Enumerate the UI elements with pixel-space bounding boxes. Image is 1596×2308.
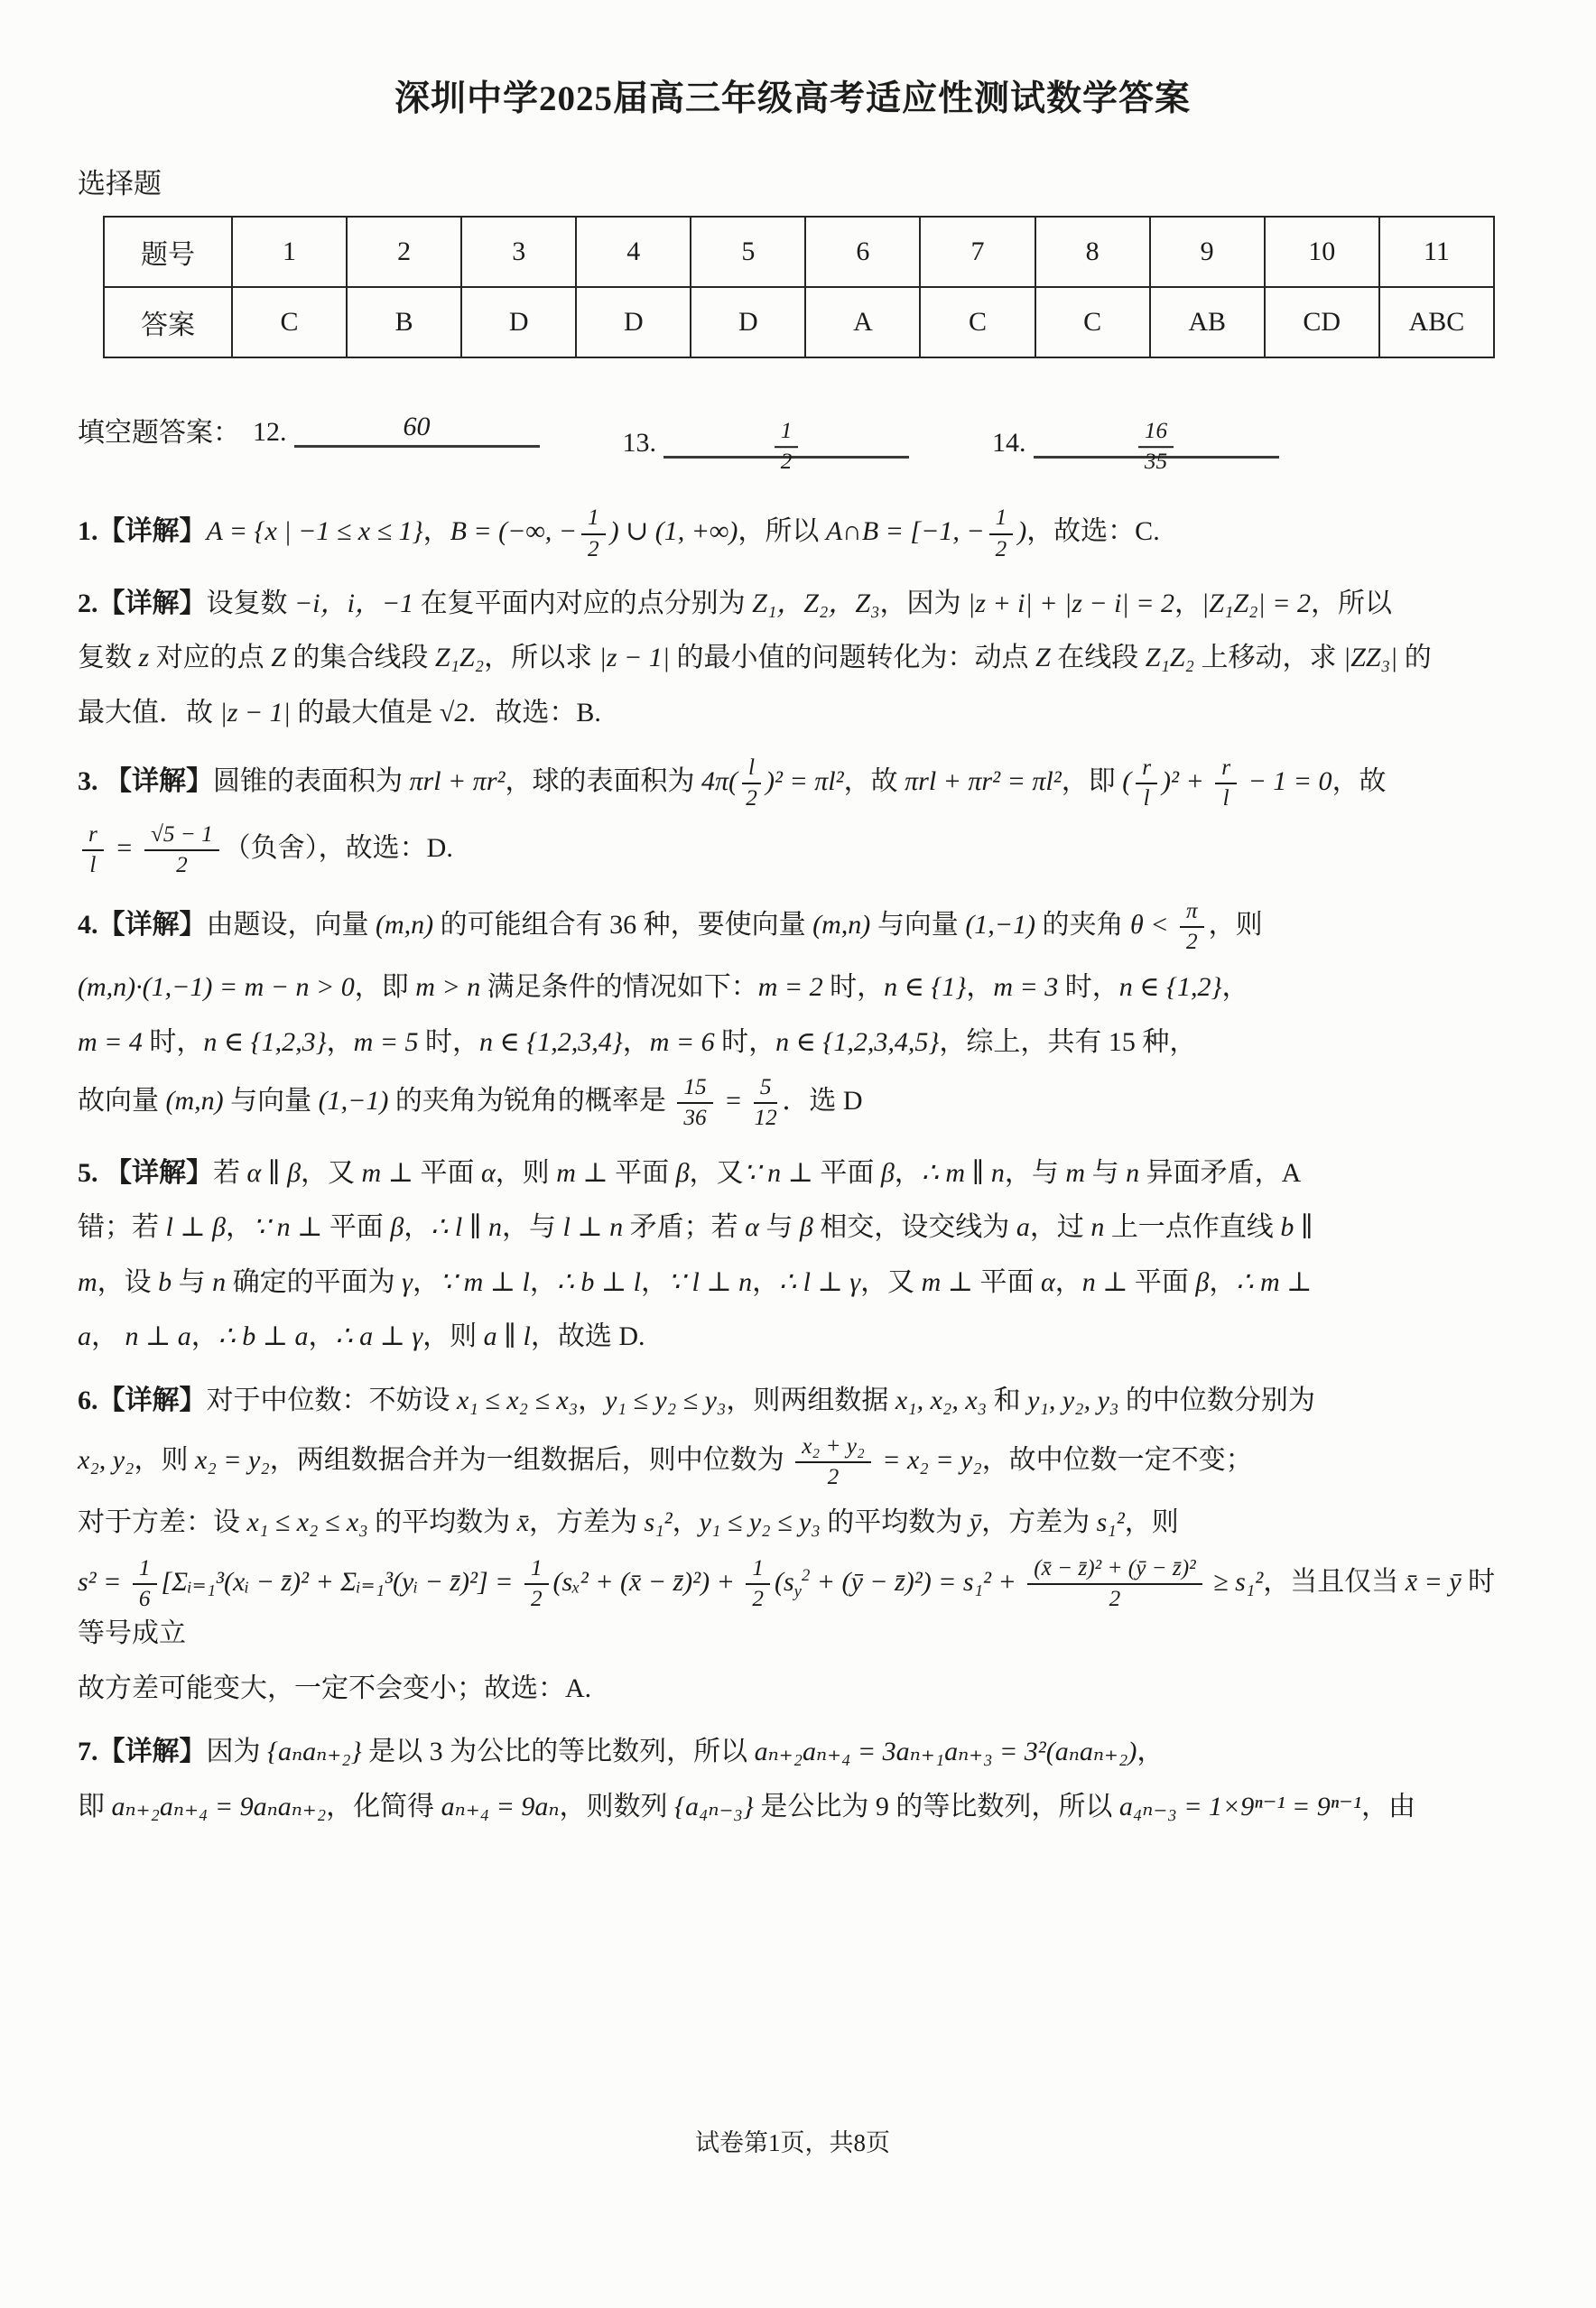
fraction-numerator: 15 xyxy=(677,1075,712,1104)
math-run: ∴ m ⊥ xyxy=(1236,1267,1312,1297)
fraction-denominator: 2 xyxy=(996,535,1007,562)
solution-line: 故方差可能变大，一定不会变小；故选：A. xyxy=(78,1667,1509,1711)
solution-label: 1.【详解】 xyxy=(78,517,207,547)
math-run: ) ∪ (1, +∞) xyxy=(610,517,738,547)
math-run: m = 3 xyxy=(993,972,1058,1002)
text-run: 是公比为 9 的等比数列，所以 xyxy=(754,1792,1119,1821)
text-run: 上移动，求 xyxy=(1194,643,1343,672)
math-run: B = (−∞, − xyxy=(450,517,577,547)
math-run: Z xyxy=(1035,643,1051,672)
text-run: ， xyxy=(1055,1267,1082,1297)
text-run: ， xyxy=(1209,1267,1236,1297)
question-number-cell: 2 xyxy=(347,217,461,287)
question-number-cell: 6 xyxy=(805,217,920,287)
math-run: β xyxy=(800,1212,813,1242)
fraction-numerator: 1 xyxy=(989,505,1014,534)
solution-line: m = 4 时，n ∈ {1,2,3}，m = 5 时，n ∈ {1,2,3,4… xyxy=(78,1021,1509,1065)
text-run: ， xyxy=(752,1267,779,1297)
solution-label: 7.【详解】 xyxy=(78,1737,207,1766)
math-run: y₁ ≤ y₂ ≤ y₃ xyxy=(700,1507,821,1537)
text-run: 时， xyxy=(419,1027,480,1057)
solution-label: 3. 【详解】 xyxy=(78,766,213,796)
math-run: a xyxy=(78,1321,91,1351)
solution-line: 5. 【详解】若 α ∥ β，又 m ⊥ 平面 α，则 m ⊥ 平面 β，又∵ … xyxy=(78,1152,1509,1196)
solution-3: 3. 【详解】圆锥的表面积为 πrl + πr²，球的表面积为 4π(l2)² … xyxy=(78,755,1509,879)
math-run: m ⊥ xyxy=(362,1158,413,1188)
text-run: 对于中位数：不妨设 xyxy=(207,1386,458,1415)
math-run: Z₁，Z₂，Z₃ xyxy=(752,589,879,618)
text-run: 的夹角为锐角的概率是 xyxy=(388,1086,673,1116)
math-run: x₁ ≤ x₂ ≤ x₃ xyxy=(247,1507,368,1537)
text-run: 与 xyxy=(1085,1158,1126,1188)
text-run: ，故选 D. xyxy=(531,1321,645,1351)
fraction-denominator: 6 xyxy=(139,1585,151,1612)
text-run: 确定的平面为 xyxy=(226,1267,402,1297)
solution-label: 4.【详解】 xyxy=(78,910,207,940)
solution-line: rl = √5 − 12（负舍），故选：D. xyxy=(78,822,1509,878)
text-run: 时， xyxy=(1058,972,1119,1002)
text-run: ， xyxy=(895,1158,922,1188)
fraction-denominator: 2 xyxy=(746,784,757,811)
text-run: ， xyxy=(966,972,993,1002)
fill-blank-number: 14. xyxy=(992,428,1026,459)
text-run: ，当且仅当 xyxy=(1263,1567,1406,1597)
answer-table-row-numbers: 题号1234567891011 xyxy=(104,217,1494,287)
math-run: s₁² xyxy=(645,1507,673,1537)
text-run: ，又 xyxy=(690,1158,744,1188)
math-run: n ∈ {1,2,3} xyxy=(203,1027,326,1057)
math-run: A = {x | −1 ≤ x ≤ 1} xyxy=(207,517,423,547)
text-run: ，与 xyxy=(502,1212,563,1242)
text-run: ，故选：C. xyxy=(1026,517,1160,547)
text-run: ， xyxy=(1174,589,1202,618)
fraction-numerator: 16 xyxy=(1138,419,1174,448)
fraction: √5 − 12 xyxy=(144,822,219,878)
answer-cell: C xyxy=(1035,287,1150,357)
math-run: m ⊥ xyxy=(556,1158,608,1188)
solution-label: 6.【详解】 xyxy=(78,1386,207,1415)
fraction-numerator: 1 xyxy=(524,1556,549,1585)
math-run: ∴ b ⊥ a xyxy=(218,1321,309,1351)
math-run: (1,−1) xyxy=(319,1086,389,1116)
text-run: 故方差可能变大，一定不会变小；故选：A. xyxy=(78,1673,591,1703)
text-run: 的可能组合有 36 种，要使向量 xyxy=(433,910,812,940)
math-run: z xyxy=(139,643,150,672)
math-run: α xyxy=(481,1158,496,1188)
subscript: y xyxy=(794,1582,802,1601)
text-run: 在复平面内对应的点分别为 xyxy=(413,589,752,618)
math-run: ≥ s₁² xyxy=(1207,1567,1264,1597)
math-run: b ∥ xyxy=(1280,1212,1313,1242)
math-run: Z₁Z₂ xyxy=(435,643,484,672)
text-run: 对于方差：设 xyxy=(78,1507,247,1537)
math-run: n xyxy=(1090,1212,1104,1242)
text-run: 与 xyxy=(759,1212,800,1242)
math-run: 4π( xyxy=(701,766,738,796)
text-run: 的夹角 xyxy=(1035,910,1130,940)
fraction-numerator: 1 xyxy=(133,1556,157,1585)
fill-blank-value: 60 xyxy=(404,412,431,445)
answer-cell: ABC xyxy=(1379,287,1494,357)
text-run: 最大值．故 xyxy=(78,698,220,728)
text-run: 对应的点 xyxy=(149,643,271,672)
math-run: n ∈ {1} xyxy=(884,972,966,1002)
math-run: n xyxy=(1126,1158,1139,1188)
math-run: aₙ₊₂aₙ₊₄ = 9aₙaₙ₊₂ xyxy=(112,1792,327,1821)
fraction-denominator: l xyxy=(1223,784,1229,811)
solution-line: m，设 b 与 n 确定的平面为 γ，∵ m ⊥ l，∴ b ⊥ l，∵ l ⊥… xyxy=(78,1261,1509,1305)
math-run: |z + i| + |z − i| = 2 xyxy=(968,589,1174,618)
math-run: πrl + πr² xyxy=(410,766,506,796)
math-run: √2 xyxy=(440,698,468,728)
math-run: A∩B = [−1, − xyxy=(826,517,985,547)
math-run: θ < xyxy=(1130,910,1175,940)
text-run: 的平均数为 xyxy=(368,1507,517,1537)
solution-line: 错；若 l ⊥ β，∵ n ⊥ 平面 β，∴ l ∥ n，与 l ⊥ n 矛盾；… xyxy=(78,1206,1509,1250)
answer-cell: D xyxy=(461,287,576,357)
math-run: πrl + πr² = πl² xyxy=(905,766,1062,796)
math-run: x₂ = y₂ xyxy=(195,1445,270,1475)
text-run: 上一点作直线 xyxy=(1104,1212,1280,1242)
question-number-cell: 3 xyxy=(461,217,576,287)
text-run: 平面 xyxy=(813,1158,881,1188)
math-run: (m,n) xyxy=(376,910,433,940)
math-run: + (ȳ − z̄)²) = s₁² + xyxy=(810,1567,1023,1597)
text-run: ， xyxy=(1137,1737,1164,1766)
text-run: ，则 xyxy=(1209,910,1263,940)
math-run: ∴ a ⊥ γ xyxy=(336,1321,423,1351)
math-run: ) xyxy=(1017,517,1026,547)
question-number-cell: 1 xyxy=(232,217,347,287)
answer-cell: C xyxy=(232,287,347,357)
math-run: )² + xyxy=(1162,766,1211,796)
math-run: α ∥ β xyxy=(247,1158,302,1188)
math-run: s² = xyxy=(78,1567,128,1597)
text-run: 时， xyxy=(143,1027,204,1057)
text-run: ， xyxy=(91,1321,125,1351)
math-run: |z − 1| xyxy=(599,643,670,672)
text-run: ，又 xyxy=(860,1267,922,1297)
fraction-numerator: l xyxy=(742,755,761,784)
text-run: ，所以 xyxy=(738,517,826,547)
superscript: 2 xyxy=(802,1566,810,1585)
question-number-cell: 8 xyxy=(1035,217,1150,287)
fraction-denominator: 2 xyxy=(828,1463,840,1490)
math-run: (sₓ² + (x̄ − z̄)²) + xyxy=(553,1567,742,1597)
math-run: (m,n) xyxy=(166,1086,224,1116)
text-run: 复数 xyxy=(78,643,139,672)
math-run: Z xyxy=(271,643,286,672)
math-run: β xyxy=(881,1158,895,1188)
text-run: 故向量 xyxy=(78,1086,166,1116)
math-run: )² = πl² xyxy=(766,766,844,796)
math-run: ∴ l ∥ n xyxy=(431,1212,502,1242)
math-run: ∵ n ⊥ xyxy=(744,1158,813,1188)
text-run: ，综上，共有 15 种， xyxy=(939,1027,1196,1057)
text-run: 的 xyxy=(1397,643,1432,672)
fraction-denominator: l xyxy=(1144,784,1150,811)
text-run: ， xyxy=(413,1267,440,1297)
text-run: ，则 xyxy=(422,1321,484,1351)
text-run: ， xyxy=(530,1267,557,1297)
fill-blank-answer: 12 xyxy=(663,400,909,459)
text-run: 错；若 xyxy=(78,1212,166,1242)
text-run: ， xyxy=(623,1027,650,1057)
section-label: 选择题 xyxy=(78,161,1509,201)
text-run: 相交，设交线为 xyxy=(813,1212,1016,1242)
text-run: 时， xyxy=(715,1027,776,1057)
solutions-list: 1.【详解】A = {x | −1 ≤ x ≤ 1}，B = (−∞, −12)… xyxy=(78,505,1509,1849)
text-run: ，故中位数一定不变； xyxy=(982,1445,1253,1475)
answer-cell: C xyxy=(920,287,1035,357)
fraction: rl xyxy=(1215,755,1237,811)
fraction-numerator: x₂ + y₂ xyxy=(795,1434,870,1463)
text-run: 与向量 xyxy=(870,910,965,940)
text-run: 圆锥的表面积为 xyxy=(213,766,410,796)
fill-blanks-row: 填空题答案： 12.6013.1214.1635 xyxy=(78,400,1509,459)
text-run: ，故 xyxy=(844,766,905,796)
page-title: 深圳中学2025届高三年级高考适应性测试数学答案 xyxy=(76,70,1509,121)
math-run: a ∥ l xyxy=(484,1321,531,1351)
fraction-numerator: (x̄ − z̄)² + (ȳ − z̄)² xyxy=(1027,1556,1202,1585)
text-run: 平面 xyxy=(973,1267,1041,1297)
text-run: 的平均数为 xyxy=(821,1507,970,1537)
math-run: b xyxy=(158,1267,172,1297)
fill-blanks-label: 填空题答案： xyxy=(78,410,240,450)
text-run: ，化简得 xyxy=(326,1792,441,1821)
question-number-cell: 5 xyxy=(691,217,805,287)
fraction-numerator: 1 xyxy=(746,1556,770,1585)
solution-line: 4.【详解】由题设，向量 (m,n) 的可能组合有 36 种，要使向量 (m,n… xyxy=(78,899,1509,955)
math-run: Z₁Z₂ xyxy=(1146,643,1194,672)
math-run: ∴ m ∥ n xyxy=(922,1158,1005,1188)
math-run: α xyxy=(745,1212,759,1242)
math-run: l ⊥ β xyxy=(166,1212,227,1242)
fraction: 1635 xyxy=(1138,419,1174,475)
text-run: ， xyxy=(1221,972,1248,1002)
table-label-cell: 答案 xyxy=(104,287,232,357)
table-label-cell: 题号 xyxy=(104,217,232,287)
fraction-denominator: 2 xyxy=(752,1585,764,1612)
exam-answer-page: 深圳中学2025届高三年级高考适应性测试数学答案 选择题 题号123456789… xyxy=(0,0,1596,2308)
solution-line: 3. 【详解】圆锥的表面积为 πrl + πr²，球的表面积为 4π(l2)² … xyxy=(78,755,1509,811)
text-run: 由题设，向量 xyxy=(207,910,376,940)
text-run: 的最大值是 xyxy=(291,698,440,728)
math-run: a₄ₙ₋₃ = 1×9ⁿ⁻¹ = 9ⁿ⁻¹ xyxy=(1119,1792,1361,1821)
math-run: aₙ₊₄ = 9aₙ xyxy=(441,1792,560,1821)
math-run: −i，i，−1 xyxy=(294,589,413,618)
fraction-numerator: r xyxy=(1215,755,1237,784)
text-run: 平面 xyxy=(608,1158,676,1188)
fraction-numerator: 1 xyxy=(581,505,606,534)
math-run: n ⊥ xyxy=(1082,1267,1128,1297)
text-run: ，所以求 xyxy=(484,643,599,672)
math-run: m = 6 xyxy=(650,1027,715,1057)
answer-table-body: 题号1234567891011答案CBDDDACCABCDABC xyxy=(104,217,1494,357)
fraction-numerator: r xyxy=(82,822,104,851)
math-run: {aₙaₙ₊₂} xyxy=(267,1737,362,1766)
math-run: − 1 = 0 xyxy=(1241,766,1332,796)
text-run: ，即 xyxy=(1062,766,1123,796)
solution-line: 2.【详解】设复数 −i，i，−1 在复平面内对应的点分别为 Z₁，Z₂，Z₃，… xyxy=(78,582,1509,626)
math-run: (m,n)·(1,−1) = m − n > 0 xyxy=(78,972,355,1002)
fraction-numerator: π xyxy=(1180,899,1204,928)
math-run: n ⊥ a xyxy=(125,1321,191,1351)
solution-line: 6.【详解】对于中位数：不妨设 x₁ ≤ x₂ ≤ x₃，y₁ ≤ y₂ ≤ y… xyxy=(78,1379,1509,1423)
text-run: ，故 xyxy=(1332,766,1387,796)
text-run: ，所以 xyxy=(1311,589,1392,618)
fill-blank-item: 12.60 xyxy=(253,412,540,448)
math-run: ( xyxy=(1122,766,1131,796)
fraction: (x̄ − z̄)² + (ȳ − z̄)²2 xyxy=(1027,1556,1202,1612)
solution-line: (m,n)·(1,−1) = m − n > 0，即 m > n 满足条件的情况… xyxy=(78,966,1509,1010)
fraction-denominator: l xyxy=(89,851,96,878)
text-run: 与向量 xyxy=(224,1086,319,1116)
math-run: β xyxy=(676,1158,690,1188)
answer-cell: D xyxy=(691,287,805,357)
math-run: m = 2 xyxy=(758,972,823,1002)
question-number-cell: 9 xyxy=(1150,217,1265,287)
text-run: ， xyxy=(309,1321,336,1351)
text-run: 在线段 xyxy=(1051,643,1146,672)
math-run: s₁² xyxy=(1097,1507,1125,1537)
math-run: ∵ m ⊥ l xyxy=(440,1267,530,1297)
math-run: {a₄ₙ₋₃} xyxy=(674,1792,754,1821)
math-run: = x₂ = y₂ xyxy=(876,1445,982,1475)
solution-line: s² = 16[Σᵢ₌₁³(xᵢ − z̄)² + Σᵢ₌₁³(yᵢ − z̄)… xyxy=(78,1556,1509,1656)
question-number-cell: 11 xyxy=(1379,217,1494,287)
answer-cell: D xyxy=(576,287,691,357)
fraction: 12 xyxy=(524,1556,549,1612)
fraction: 12 xyxy=(775,419,799,475)
fraction: 12 xyxy=(746,1556,770,1612)
math-run: y₁ ≤ y₂ ≤ y₃ xyxy=(605,1386,726,1415)
question-number-cell: 7 xyxy=(920,217,1035,287)
text-run: ，方差为 xyxy=(981,1507,1097,1537)
text-run: ，两组数据合并为一组数据后，则中位数为 xyxy=(270,1445,792,1475)
math-run: m = 4 xyxy=(78,1027,143,1057)
math-run: m xyxy=(1065,1158,1085,1188)
fill-blank-item: 14.1635 xyxy=(992,400,1279,459)
text-run: 矛盾；若 xyxy=(623,1212,745,1242)
math-run: α xyxy=(1041,1267,1055,1297)
text-run: 设复数 xyxy=(207,589,295,618)
text-run: ， xyxy=(327,1027,354,1057)
text-run: 满足条件的情况如下： xyxy=(480,972,758,1002)
solution-line: 1.【详解】A = {x | −1 ≤ x ≤ 1}，B = (−∞, −12)… xyxy=(78,505,1509,561)
solution-7: 7.【详解】因为 {aₙaₙ₊₂} 是以 3 为公比的等比数列，所以 aₙ₊₂a… xyxy=(78,1730,1509,1829)
fraction: l2 xyxy=(742,755,761,811)
question-number-cell: 4 xyxy=(576,217,691,287)
fraction-denominator: 12 xyxy=(755,1104,777,1131)
text-run: ，与 xyxy=(1005,1158,1066,1188)
fraction-numerator: 5 xyxy=(754,1075,778,1104)
fraction-denominator: 2 xyxy=(1109,1585,1121,1612)
math-run: x̄ = ȳ xyxy=(1406,1567,1461,1597)
text-run: 平面 xyxy=(322,1212,390,1242)
math-run: = xyxy=(718,1086,749,1116)
text-run: 平面 xyxy=(413,1158,481,1188)
math-run: β xyxy=(1195,1267,1209,1297)
fraction: rl xyxy=(1136,755,1157,811)
text-run: 的集合线段 xyxy=(286,643,435,672)
math-run: l ⊥ n xyxy=(563,1212,624,1242)
math-run: ∴ b ⊥ l xyxy=(557,1267,641,1297)
solution-label: 2.【详解】 xyxy=(78,589,207,618)
text-run: ，则 xyxy=(496,1158,557,1188)
math-run: ȳ xyxy=(970,1507,981,1537)
fraction-denominator: 2 xyxy=(176,851,188,878)
text-run: ， xyxy=(404,1212,431,1242)
text-run: 与 xyxy=(172,1267,212,1297)
text-run: ，则数列 xyxy=(560,1792,675,1821)
text-run: ，过 xyxy=(1030,1212,1091,1242)
text-run: ．选 D xyxy=(782,1086,862,1116)
text-run: 即 xyxy=(78,1792,112,1821)
text-run: ，球的表面积为 xyxy=(505,766,701,796)
solution-1: 1.【详解】A = {x | −1 ≤ x ≤ 1}，B = (−∞, −12)… xyxy=(78,505,1509,561)
text-run: 的最小值的问题转化为：动点 xyxy=(670,643,1035,672)
solution-label: 5. 【详解】 xyxy=(78,1158,213,1188)
math-run: x̄ xyxy=(517,1507,529,1537)
fraction-denominator: 35 xyxy=(1145,448,1167,475)
solution-line: a， n ⊥ a，∴ b ⊥ a，∴ a ⊥ γ，则 a ∥ l，故选 D. xyxy=(78,1315,1509,1359)
math-run: y₁, y₂, y₃ xyxy=(1027,1386,1118,1415)
fraction: 512 xyxy=(754,1075,778,1131)
text-run: ， xyxy=(191,1321,218,1351)
math-run: |ZZ₃| xyxy=(1343,643,1397,672)
math-run: x₁ ≤ x₂ ≤ x₃ xyxy=(457,1386,578,1415)
fraction-numerator: 1 xyxy=(775,419,799,448)
text-run: 和 xyxy=(987,1386,1027,1415)
math-run: ∵ l ⊥ n xyxy=(668,1267,752,1297)
math-run: aₙ₊₂aₙ₊₄ = 3aₙ₊₁aₙ₊₃ = 3²(aₙaₙ₊₂) xyxy=(755,1737,1137,1766)
solution-line: x₂, y₂，则 x₂ = y₂，两组数据合并为一组数据后，则中位数为 x₂ +… xyxy=(78,1434,1509,1490)
fraction-denominator: 2 xyxy=(1186,928,1198,955)
math-run: β xyxy=(390,1212,404,1242)
math-run: m > n xyxy=(415,972,480,1002)
solution-2: 2.【详解】设复数 −i，i，−1 在复平面内对应的点分别为 Z₁，Z₂，Z₃，… xyxy=(78,582,1509,736)
fraction-denominator: 2 xyxy=(531,1585,543,1612)
text-run: ， xyxy=(673,1507,700,1537)
fill-blank-answer: 1635 xyxy=(1034,400,1279,459)
answer-cell: A xyxy=(805,287,920,357)
answer-table-row-answers: 答案CBDDDACCABCDABC xyxy=(104,287,1494,357)
answer-cell: AB xyxy=(1150,287,1265,357)
text-run: ， xyxy=(423,517,450,547)
math-run: n ∈ {1,2} xyxy=(1119,972,1222,1002)
math-run: = xyxy=(108,833,140,863)
fraction: 12 xyxy=(989,505,1014,561)
text-run: ，因为 xyxy=(880,589,969,618)
fraction: π2 xyxy=(1180,899,1204,955)
solution-6: 6.【详解】对于中位数：不妨设 x₁ ≤ x₂ ≤ x₃，y₁ ≤ y₂ ≤ y… xyxy=(78,1379,1509,1710)
answer-cell: B xyxy=(347,287,461,357)
math-run: x₁, x₂, x₃ xyxy=(895,1386,987,1415)
solution-line: 即 aₙ₊₂aₙ₊₄ = 9aₙaₙ₊₂，化简得 aₙ₊₄ = 9aₙ，则数列 … xyxy=(78,1785,1509,1830)
text-run: ，即 xyxy=(355,972,416,1002)
math-run: γ xyxy=(402,1267,413,1297)
fill-blank-answer: 60 xyxy=(294,412,540,448)
fraction-denominator: 36 xyxy=(683,1104,706,1131)
fraction: 1536 xyxy=(677,1075,712,1131)
math-run: [Σᵢ₌₁³(xᵢ − z̄)² + Σᵢ₌₁³(yᵢ − z̄)²] = xyxy=(162,1567,520,1597)
solution-4: 4.【详解】由题设，向量 (m,n) 的可能组合有 36 种，要使向量 (m,n… xyxy=(78,899,1509,1132)
solution-line: 故向量 (m,n) 与向量 (1,−1) 的夹角为锐角的概率是 1536 = 5… xyxy=(78,1075,1509,1131)
text-run: ，设 xyxy=(97,1267,159,1297)
solution-line: 最大值．故 |z − 1| 的最大值是 √2．故选：B. xyxy=(78,691,1509,736)
text-run: ，则 xyxy=(1125,1507,1179,1537)
